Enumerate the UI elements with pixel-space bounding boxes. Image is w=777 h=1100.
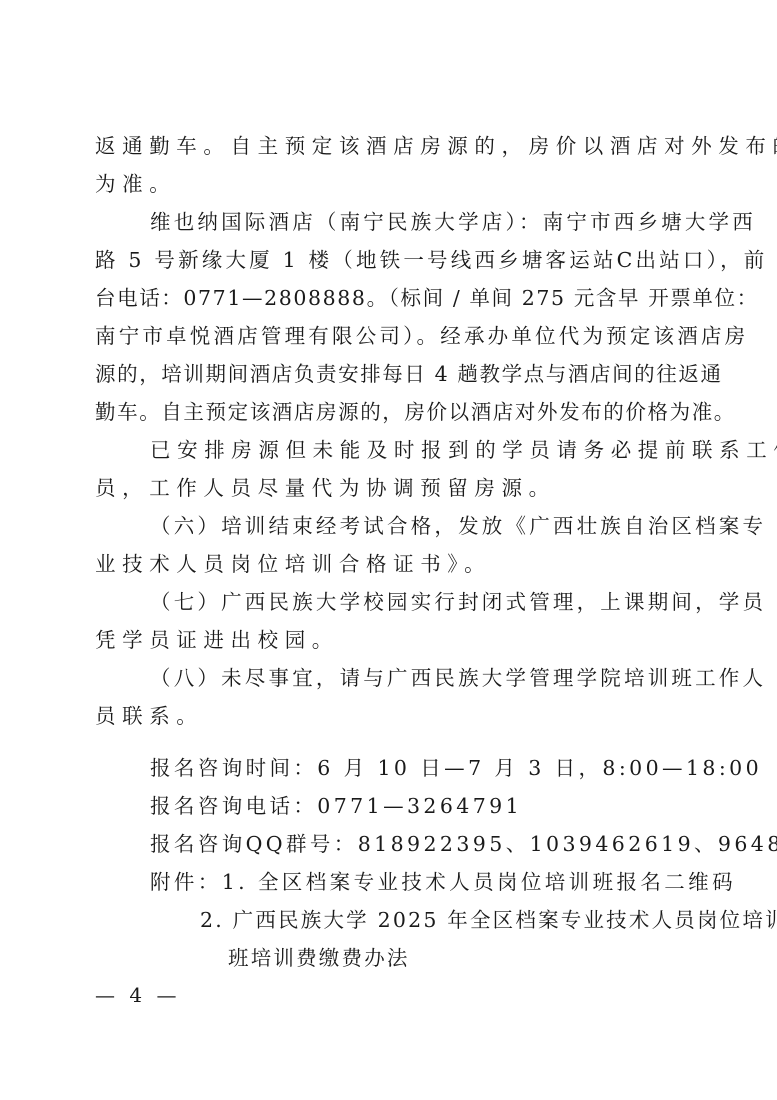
item-seven-line: 凭学员证进出校园。 <box>95 623 685 657</box>
attachment-2-continued: 班培训费缴费办法 <box>228 941 777 975</box>
registration-phone: 报名咨询电话：0771—3264791 <box>150 789 740 823</box>
item-six-line: （六）培训结束经考试合格，发放《广西壮族自治区档案专 <box>150 509 740 543</box>
registration-time: 报名咨询时间：6 月 10 日—7 月 3 日，8:00—18:00 <box>150 751 740 785</box>
document-page: 返通勤车。自主预定该酒店房源的，房价以酒店对外发布的价格 为准。 维也纳国际酒店… <box>0 0 777 1100</box>
notice-paragraph-line: 员，工作人员尽量代为协调预留房源。 <box>95 471 685 505</box>
item-seven-line: （七）广西民族大学校园实行封闭式管理，上课期间，学员 <box>150 585 740 619</box>
attachment-2: 2. 广西民族大学 2025 年全区档案专业技术人员岗位培训 <box>200 903 777 937</box>
paragraph-line: 返通勤车。自主预定该酒店房源的，房价以酒店对外发布的价格 <box>95 129 685 163</box>
item-six-line: 业技术人员岗位培训合格证书》。 <box>95 547 685 581</box>
hotel-paragraph-line: 源的，培训期间酒店负责安排每日 4 趟教学点与酒店间的往返通 <box>95 357 685 391</box>
item-eight-line: 员联系。 <box>95 699 685 733</box>
attachment-1: 附件：1. 全区档案专业技术人员岗位培训班报名二维码 <box>150 865 740 899</box>
hotel-paragraph-line: 南宁市卓悦酒店管理有限公司）。经承办单位代为预定该酒店房 <box>95 319 685 353</box>
item-eight-line: （八）未尽事宜，请与广西民族大学管理学院培训班工作人 <box>150 661 740 695</box>
notice-paragraph-line: 已安排房源但未能及时报到的学员请务必提前联系工作人 <box>150 433 740 467</box>
page-number: — 4 — <box>95 980 180 1010</box>
hotel-paragraph-line: 勤车。自主预定该酒店房源的，房价以酒店对外发布的价格为准。 <box>95 395 685 429</box>
registration-qq-groups: 报名咨询QQ群号：818922395、1039462619、964885757 <box>150 827 740 861</box>
paragraph-line: 为准。 <box>95 167 685 201</box>
hotel-paragraph-line: 路 5 号新缘大厦 1 楼（地铁一号线西乡塘客运站C出站口），前 <box>95 243 685 277</box>
hotel-paragraph-line: 维也纳国际酒店（南宁民族大学店）：南宁市西乡塘大学西 <box>150 205 740 239</box>
hotel-paragraph-line: 台电话：0771—2808888。（标间 / 单间 275 元含早 开票单位： <box>95 281 685 315</box>
